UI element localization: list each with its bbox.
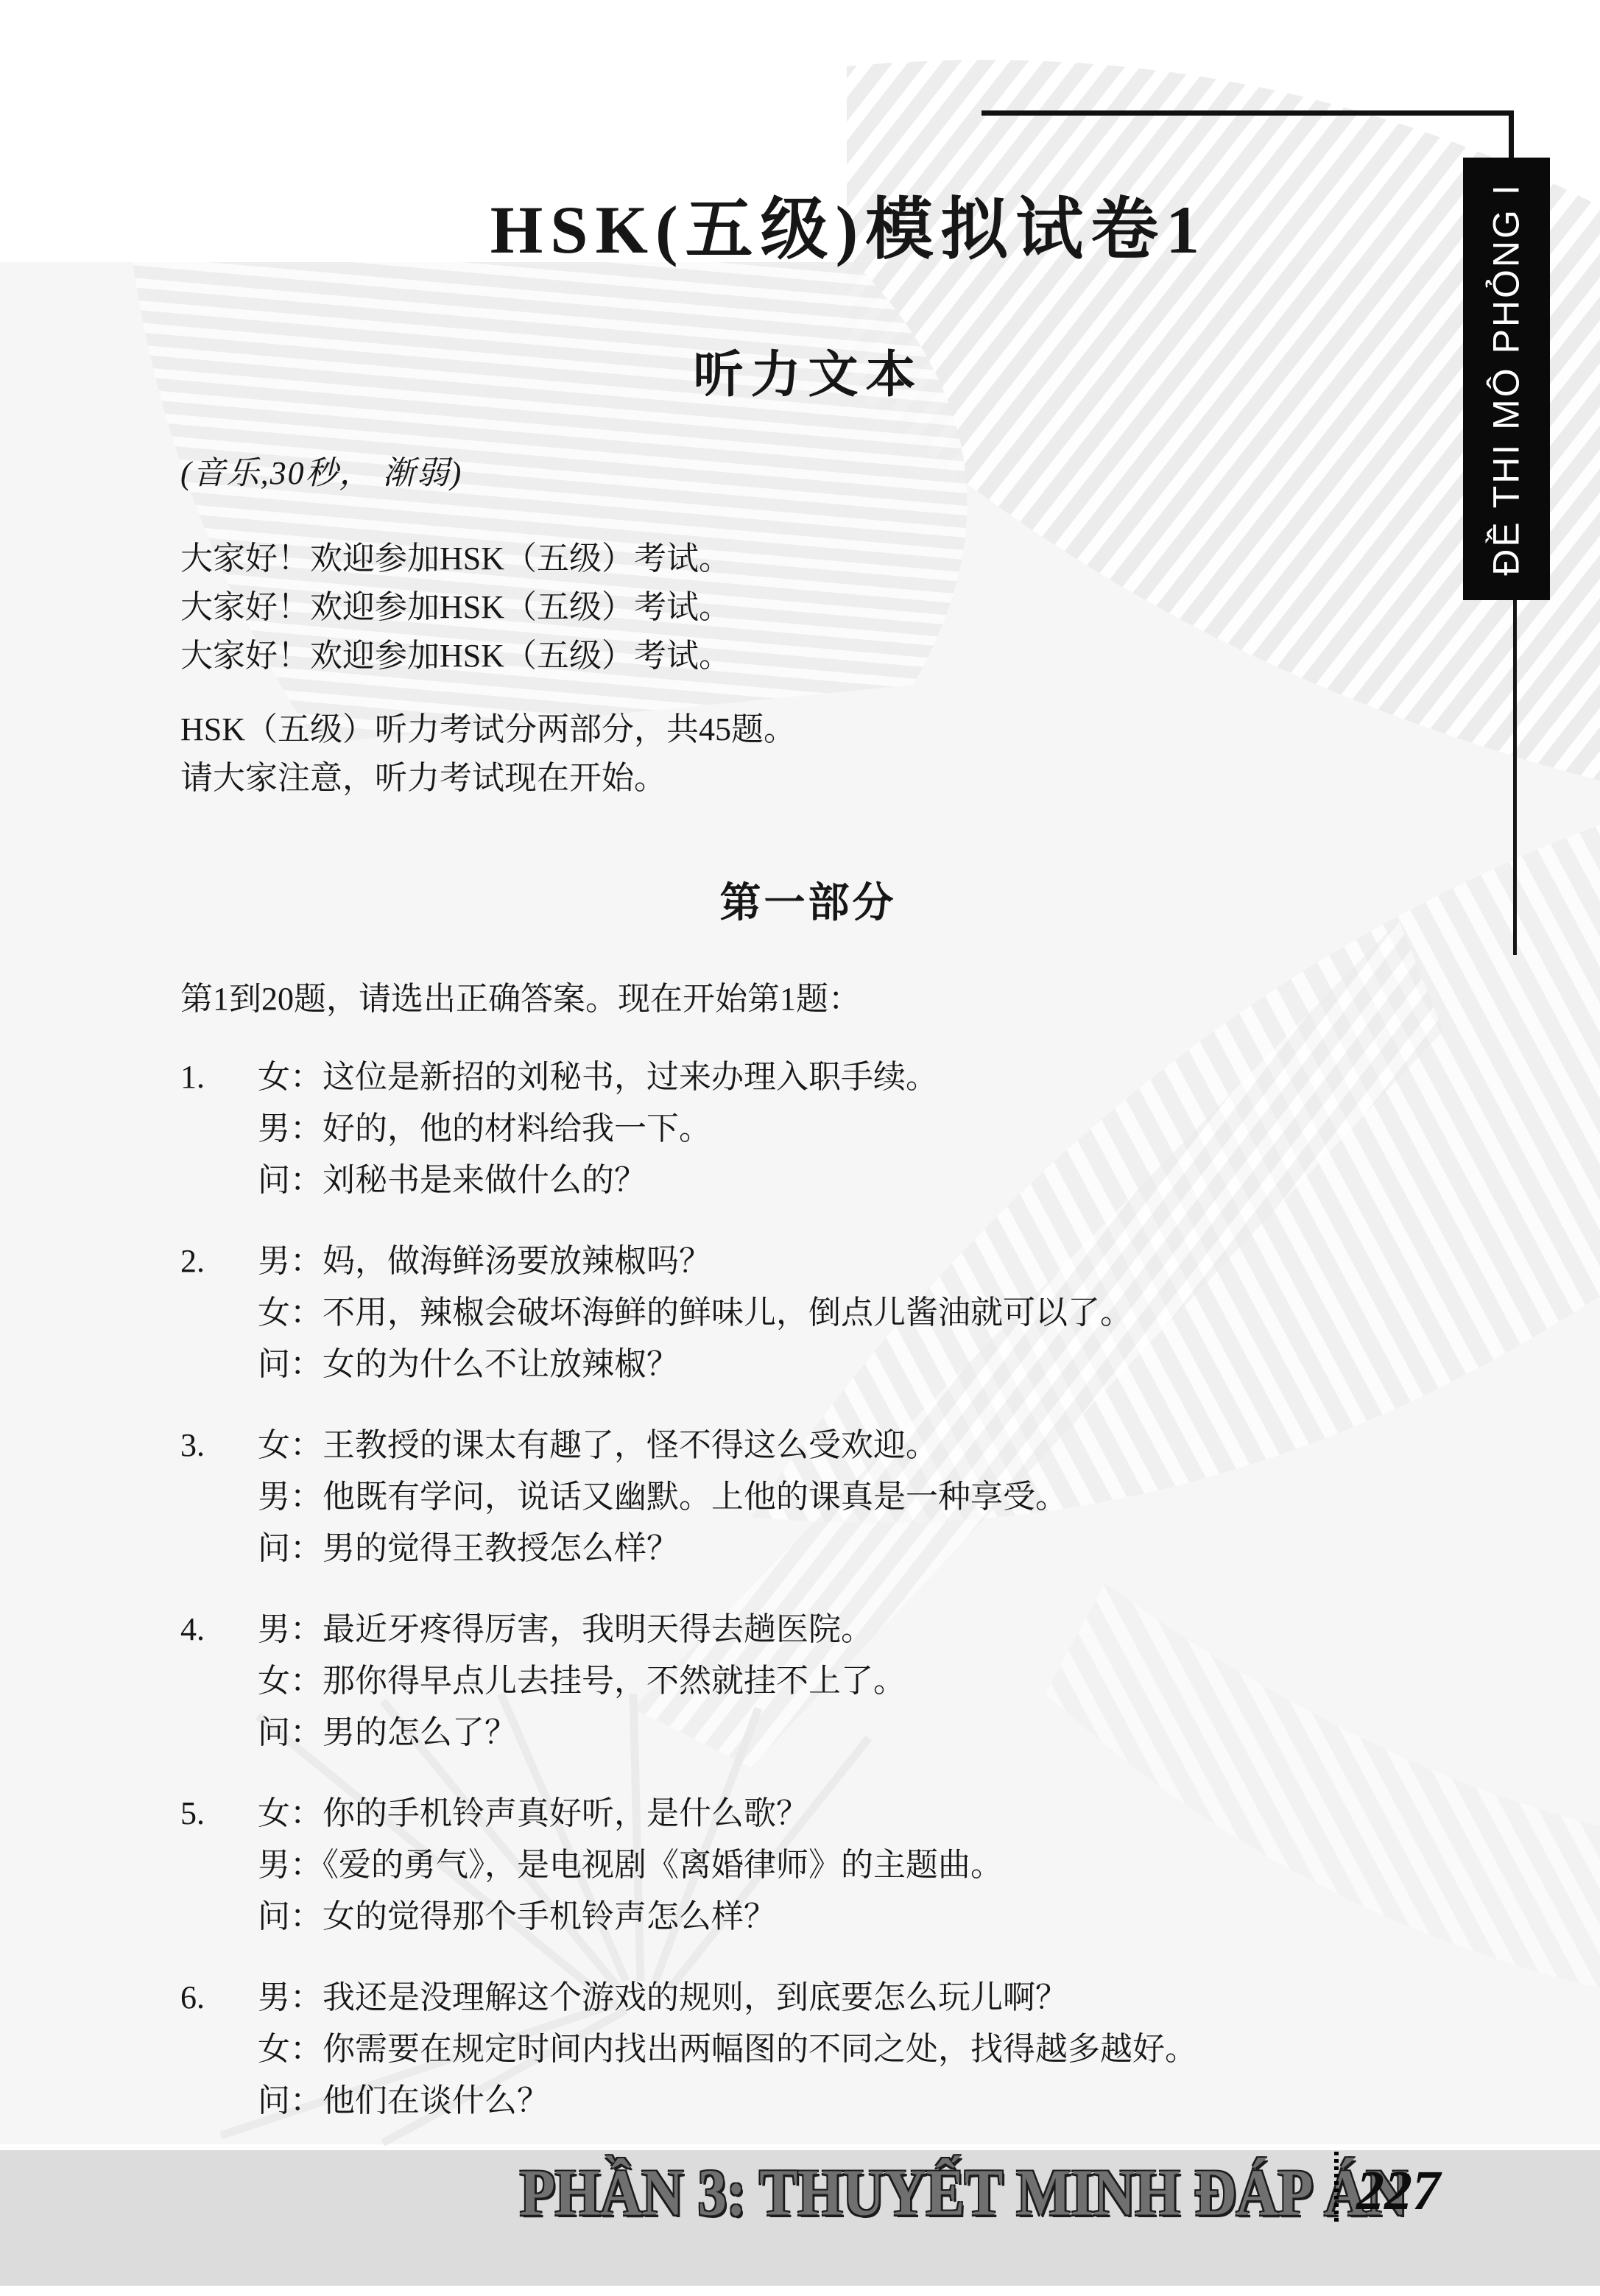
listening-items: 1. 女：这位是新招的刘秘书，过来办理入职手续。 男：好的，他的材料给我一下。 … (180, 1052, 1513, 2156)
side-tab-tail-rule (1513, 600, 1517, 955)
item-number: 6. (180, 1972, 258, 2127)
footer-section-title: PHẦN 3: THUYẾT MINH ĐÁP ÁN (520, 2156, 1408, 2231)
dialogue-line: 男：《爱的勇气》，是电视剧《离婚律师》的主题曲。 (258, 1839, 1513, 1891)
dialogue-line: 女：这位是新招的刘秘书，过来办理入职手续。 (258, 1052, 1513, 1103)
listening-item: 6. 男：我还是没理解这个游戏的规则，到底要怎么玩儿啊？ 女：你需要在规定时间内… (180, 1972, 1513, 2127)
dialogue-line: 女：你的手机铃声真好听，是什么歌？ (258, 1788, 1513, 1839)
item-number: 5. (180, 1788, 258, 1943)
exam-info-line: HSK（五级）听力考试分两部分，共45题。 (180, 705, 1506, 754)
dialogue-line: 女：王教授的课太有趣了，怪不得这么受欢迎。 (258, 1420, 1513, 1471)
dialogue-line: 男：他既有学问，说话又幽默。上他的课真是一种享受。 (258, 1471, 1513, 1523)
dialogue-line: 男：我还是没理解这个游戏的规则，到底要怎么玩儿啊？ (258, 1972, 1513, 2024)
dialogue-line: 男：最近牙疼得厉害，我明天得去趟医院。 (258, 1604, 1513, 1655)
item-number: 2. (180, 1236, 258, 1390)
dialogue-line: 问：他们在谈什么？ (258, 2075, 1513, 2127)
exam-info: HSK（五级）听力考试分两部分，共45题。 请大家注意，听力考试现在开始。 (180, 705, 1506, 803)
item-dialogue: 男：最近牙疼得厉害，我明天得去趟医院。 女：那你得早点儿去挂号，不然就挂不上了。… (258, 1604, 1513, 1758)
exam-info-line: 请大家注意，听力考试现在开始。 (180, 754, 1506, 803)
listening-item: 5. 女：你的手机铃声真好听，是什么歌？ 男：《爱的勇气》，是电视剧《离婚律师》… (180, 1788, 1513, 1943)
item-number: 3. (180, 1420, 258, 1574)
dialogue-line: 女：那你得早点儿去挂号，不然就挂不上了。 (258, 1655, 1513, 1707)
greeting-line: 大家好！欢迎参加HSK（五级）考试。 (180, 632, 1506, 680)
footer-divider-dotted (1334, 2152, 1339, 2224)
dialogue-line: 男：妈，做海鲜汤要放辣椒吗？ (258, 1236, 1513, 1287)
book-page: ĐỀ THI MÔ PHỎNG I HSK(五级)模拟试卷1 听力文本 (音乐,… (0, 0, 1600, 2296)
footer-band: PHẦN 3: THUYẾT MINH ĐÁP ÁN 227 (0, 2150, 1600, 2286)
part-one-heading: 第一部分 (180, 870, 1436, 929)
listening-item: 4. 男：最近牙疼得厉害，我明天得去趟医院。 女：那你得早点儿去挂号，不然就挂不… (180, 1604, 1513, 1758)
dialogue-line: 女：不用，辣椒会破坏海鲜的鲜味儿，倒点儿酱油就可以了。 (258, 1287, 1513, 1339)
part-one-intro: 第1到20题，请选出正确答案。现在开始第1题： (180, 972, 861, 1019)
dialogue-line: 男：好的，他的材料给我一下。 (258, 1103, 1513, 1155)
listening-item: 1. 女：这位是新招的刘秘书，过来办理入职手续。 男：好的，他的材料给我一下。 … (180, 1052, 1513, 1206)
item-dialogue: 女：你的手机铃声真好听，是什么歌？ 男：《爱的勇气》，是电视剧《离婚律师》的主题… (258, 1788, 1513, 1943)
item-dialogue: 女：这位是新招的刘秘书，过来办理入职手续。 男：好的，他的材料给我一下。 问：刘… (258, 1052, 1513, 1206)
side-tab-label: ĐỀ THI MÔ PHỎNG I (1485, 183, 1528, 575)
listening-item: 3. 女：王教授的课太有趣了，怪不得这么受欢迎。 男：他既有学问，说话又幽默。上… (180, 1420, 1513, 1574)
item-dialogue: 男：我还是没理解这个游戏的规则，到底要怎么玩儿啊？ 女：你需要在规定时间内找出两… (258, 1972, 1513, 2127)
dialogue-line: 问：刘秘书是来做什么的？ (258, 1155, 1513, 1206)
listening-item: 2. 男：妈，做海鲜汤要放辣椒吗？ 女：不用，辣椒会破坏海鲜的鲜味儿，倒点儿酱油… (180, 1236, 1513, 1390)
dialogue-line: 问：女的觉得那个手机铃声怎么样？ (258, 1891, 1513, 1943)
listening-script-subtitle: 听力文本 (180, 335, 1436, 406)
item-dialogue: 女：王教授的课太有趣了，怪不得这么受欢迎。 男：他既有学问，说话又幽默。上他的课… (258, 1420, 1513, 1574)
greeting-line: 大家好！欢迎参加HSK（五级）考试。 (180, 535, 1506, 583)
corner-rule-horizontal (982, 110, 1514, 116)
page-number: 227 (1356, 2159, 1440, 2223)
greeting-lines: 大家好！欢迎参加HSK（五级）考试。 大家好！欢迎参加HSK（五级）考试。 大家… (180, 535, 1506, 680)
stage-direction-music: (音乐,30秒， 渐弱) (180, 446, 462, 493)
dialogue-line: 问：女的为什么不让放辣椒？ (258, 1339, 1513, 1390)
item-number: 1. (180, 1052, 258, 1206)
item-dialogue: 男：妈，做海鲜汤要放辣椒吗？ 女：不用，辣椒会破坏海鲜的鲜味儿，倒点儿酱油就可以… (258, 1236, 1513, 1390)
dialogue-line: 问：男的怎么了？ (258, 1707, 1513, 1758)
item-number: 4. (180, 1604, 258, 1758)
page-title: HSK(五级)模拟试卷1 (180, 175, 1476, 272)
dialogue-line: 女：你需要在规定时间内找出两幅图的不同之处，找得越多越好。 (258, 2024, 1513, 2075)
corner-rule-vertical (1509, 110, 1514, 162)
greeting-line: 大家好！欢迎参加HSK（五级）考试。 (180, 583, 1506, 632)
dialogue-line: 问：男的觉得王教授怎么样？ (258, 1523, 1513, 1574)
